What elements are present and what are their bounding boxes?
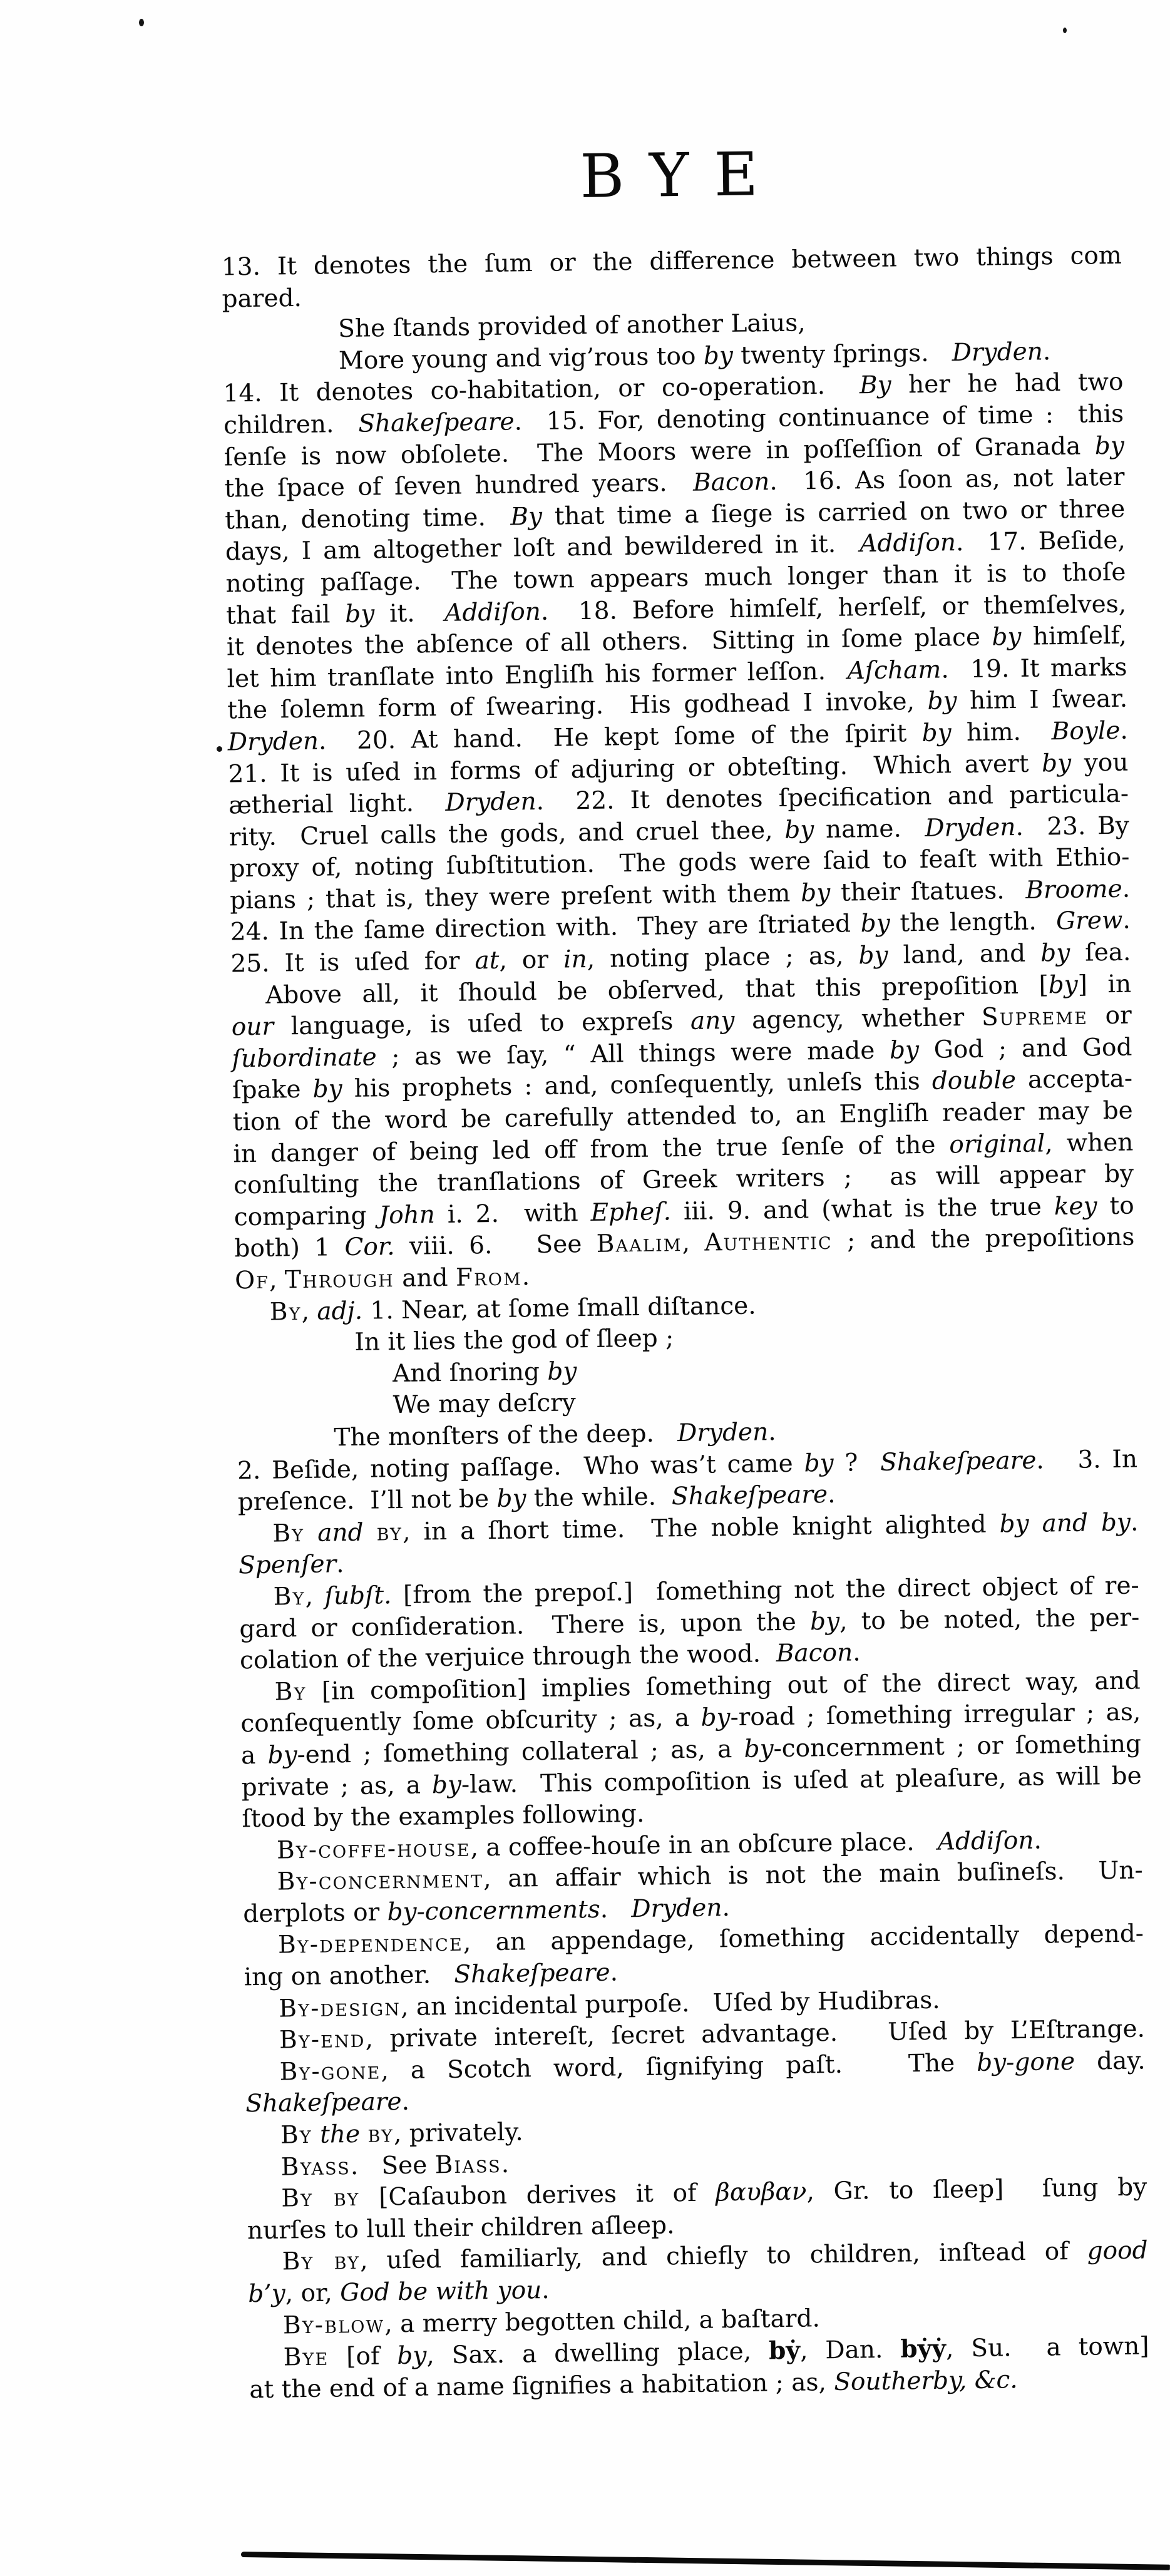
roman-text: .: [853, 1639, 861, 1667]
small-caps-text: By by: [282, 2247, 360, 2276]
roman-text: . 19. It marks: [941, 653, 1127, 684]
roman-text: than, denoting time.: [225, 503, 511, 535]
roman-text: [of: [329, 2342, 398, 2371]
italic-text: by: [267, 1741, 297, 1770]
italic-text: by: [496, 1485, 526, 1514]
small-caps-text: Supreme: [982, 1002, 1089, 1032]
text-column: B Y E 13. It denotes the ſum or the diff…: [220, 135, 1149, 2406]
roman-text: pared.: [222, 284, 302, 313]
italic-text: b’y: [248, 2279, 285, 2308]
roman-text: ,: [682, 1229, 704, 1257]
italic-text: by: [804, 1449, 834, 1477]
roman-text: .: [1131, 1508, 1139, 1536]
roman-text: day.: [1075, 2046, 1146, 2075]
italic-text: Grew: [1056, 906, 1123, 935]
italic-text: by: [744, 1735, 774, 1763]
roman-text: ſea.: [1070, 938, 1131, 967]
roman-text: i. 2. with: [435, 1199, 591, 1229]
roman-text: .: [1043, 337, 1051, 366]
running-head-title: B Y E: [220, 135, 1121, 216]
blackletter-text: bẏ: [769, 2336, 801, 2366]
italic-text: key: [1054, 1192, 1097, 1221]
italic-text: by: [1042, 749, 1072, 777]
roman-text: We may deſcry: [393, 1389, 576, 1420]
italic-text: by: [860, 910, 890, 938]
small-caps-text: By-end: [279, 2025, 366, 2055]
small-caps-text: By-dependence: [278, 1929, 463, 1959]
italic-text: Bacon: [776, 1639, 853, 1668]
italic-text: by: [704, 342, 734, 371]
italic-text: by: [1095, 431, 1125, 460]
roman-text: his prophets : and, conſequently, unleſs…: [342, 1067, 932, 1103]
italic-text: Bacon: [693, 468, 770, 497]
small-caps-text: By: [274, 1678, 306, 1706]
roman-text: -road ; ſomething irregular ; as,: [730, 1698, 1141, 1732]
italic-text: by: [810, 1607, 840, 1636]
italic-text: double: [932, 1066, 1017, 1096]
roman-text: nurſes to lull their children aſleep.: [247, 2211, 675, 2245]
small-caps-text: By: [280, 2121, 312, 2150]
italic-text: by-concernments: [387, 1896, 600, 1926]
italic-text: By: [860, 371, 891, 400]
roman-text: comparing: [234, 1201, 379, 1231]
small-caps-text: By-design: [279, 1993, 401, 2023]
italic-text: By: [510, 503, 542, 531]
roman-text: .: [600, 1895, 631, 1924]
roman-text: 25. It is uſed for: [230, 947, 475, 978]
italic-text: Shakeſpeare: [358, 408, 515, 438]
italic-text: our: [232, 1013, 274, 1042]
roman-text: [Caſaubon derives it of: [359, 2179, 716, 2212]
italic-text: in: [563, 945, 587, 973]
italic-text: original: [949, 1129, 1045, 1159]
roman-text: at the end of a name ſignifies a habitat…: [249, 2368, 834, 2404]
italic-text: βαυβαν: [716, 2178, 807, 2207]
roman-text: .: [336, 1551, 344, 1579]
roman-text: 2. Beſide, noting paſſage. Who was’t cam…: [237, 1449, 804, 1485]
italic-text: Dryden: [631, 1894, 722, 1923]
italic-text: Southerby, &c.: [834, 2366, 1018, 2396]
italic-text: Epheſ.: [590, 1198, 671, 1227]
roman-text: . See: [351, 2151, 435, 2180]
roman-text: it.: [374, 598, 445, 627]
small-caps-text: Bye: [283, 2343, 329, 2372]
italic-text: by: [397, 2342, 427, 2371]
roman-text: , or,: [285, 2279, 340, 2307]
roman-text: , Gr. to ſleep] ſung by: [806, 2173, 1147, 2206]
roman-text: accepta-: [1016, 1065, 1133, 1094]
roman-text: ing on another.: [244, 1961, 454, 1991]
roman-text: let him tranſlate into Engliſh his forme…: [227, 657, 848, 693]
small-caps-text: By by: [281, 2183, 360, 2213]
roman-text: The monſters of the deep.: [334, 1419, 677, 1452]
roman-text: More young and vig’rous too: [339, 342, 704, 375]
roman-text: , Su. a town]: [946, 2332, 1149, 2363]
roman-text: .: [722, 1894, 730, 1922]
italic-text: ſubordinate: [232, 1043, 377, 1073]
roman-text: .: [501, 2150, 509, 2178]
roman-text: . 20. At hand. He kept ſome of the ſpiri…: [319, 719, 922, 756]
italic-text: Dryden: [952, 337, 1043, 367]
roman-text: you: [1071, 748, 1129, 777]
roman-text: [312, 2121, 321, 2149]
roman-text: And ſnoring: [393, 1358, 548, 1388]
roman-text: . 16. As ſoon as, not later: [769, 463, 1125, 496]
roman-text: the while.: [526, 1482, 672, 1512]
roman-text: or: [1088, 1002, 1132, 1030]
small-caps-text: by: [367, 2120, 394, 2148]
italic-text: Broome: [1025, 875, 1122, 905]
italic-text: the: [320, 2120, 360, 2149]
roman-text: rity. Cruel calls the gods, and cruel th…: [229, 816, 785, 852]
roman-text: ; and the prepoſitions: [832, 1223, 1134, 1255]
italic-text: Boyle: [1051, 717, 1120, 746]
italic-text: Shakeſpeare: [672, 1480, 828, 1511]
roman-text: , Sax. a dwelling place,: [426, 2337, 769, 2370]
small-caps-text: Baalim: [596, 1229, 682, 1258]
italic-text: by: [784, 816, 814, 844]
small-caps-text: By-concernment: [277, 1865, 483, 1896]
small-caps-text: Through: [285, 1265, 394, 1294]
roman-text: .: [768, 1418, 776, 1446]
roman-text: both) 1: [234, 1234, 345, 1263]
italic-text: Addiſon: [938, 1826, 1034, 1855]
roman-text: .: [828, 1480, 836, 1509]
small-caps-text: By: [270, 1298, 302, 1326]
roman-text: ætherial light.: [228, 789, 446, 820]
small-caps-text: By: [273, 1583, 305, 1611]
roman-text: .: [1122, 875, 1130, 903]
italic-text: Addiſon: [444, 597, 541, 627]
small-caps-text: Authentic: [704, 1227, 833, 1257]
roman-text: 1. Near, at ſome ſmall diſtance.: [362, 1291, 756, 1325]
roman-text: , when: [1045, 1128, 1134, 1157]
small-caps-text: By-gone: [279, 2056, 381, 2086]
roman-text: .: [610, 1959, 618, 1987]
roman-text: him I ſwear.: [957, 685, 1127, 716]
roman-text: .: [1120, 717, 1128, 745]
roman-text: to: [1097, 1191, 1134, 1220]
italic-text: ſubſt.: [324, 1581, 392, 1610]
roman-text: their ſtatues.: [830, 876, 1026, 907]
italic-text: Shakeſpeare: [454, 1959, 610, 1989]
italic-text: God be with you: [340, 2276, 542, 2307]
roman-text: that time a ſiege is carried on two or t…: [542, 495, 1126, 530]
italic-text: by: [700, 1703, 731, 1732]
roman-text: , or: [499, 946, 563, 975]
roman-text: that fail: [226, 600, 346, 630]
roman-text: viii. 6. See: [394, 1230, 597, 1261]
italic-text: Aſcham: [847, 655, 941, 685]
italic-text: Dryden: [228, 727, 319, 756]
roman-text: twenty ſprings.: [733, 339, 953, 370]
italic-text: by: [858, 942, 888, 970]
roman-text: . 22. It denotes ſpecification and parti…: [536, 780, 1129, 816]
roman-text: preſence. I’ll not be: [237, 1485, 496, 1516]
roman-text: -end ; ſomething collateral ; as, a: [297, 1735, 744, 1769]
ink-speck: [139, 19, 144, 26]
roman-text: ſpake: [232, 1075, 313, 1105]
italic-text: by: [345, 600, 375, 629]
roman-text: , Dan.: [800, 2336, 901, 2365]
roman-text: .: [521, 1263, 530, 1291]
roman-text: 14. It denotes co-habitation, or co-oper…: [223, 372, 860, 408]
roman-text: ,: [305, 1583, 325, 1611]
small-caps-text: by: [376, 1518, 403, 1547]
roman-text: . 3. In: [1036, 1445, 1137, 1474]
small-caps-text: From: [456, 1263, 522, 1291]
roman-text: .: [1122, 906, 1131, 935]
roman-text: 24. In the ſame direction with. They are…: [230, 910, 861, 947]
ink-speck: [1063, 28, 1067, 33]
roman-text: God ; and God: [919, 1033, 1132, 1064]
roman-text: derplots or: [243, 1898, 387, 1928]
roman-text: . 15. For, denoting continuance of time …: [514, 400, 1124, 436]
roman-text: .: [1034, 1826, 1042, 1854]
italic-text: by: [312, 1075, 342, 1104]
small-caps-text: By-coffe-house: [277, 1834, 471, 1864]
italic-text: by: [547, 1357, 577, 1386]
small-caps-text: Of: [235, 1266, 270, 1295]
ink-speck: [217, 746, 222, 752]
roman-text: [304, 1519, 318, 1547]
italic-text: Addiſon: [860, 529, 956, 558]
roman-text: private ; as, a: [241, 1771, 432, 1802]
roman-text: ,: [269, 1266, 285, 1294]
italic-text: Dryden: [677, 1418, 769, 1447]
italic-text: by: [1048, 970, 1078, 999]
italic-text: good: [1087, 2237, 1147, 2266]
roman-text: the ſpace of ſeven hundred years.: [224, 469, 693, 503]
italic-text: Spenſer: [239, 1551, 337, 1580]
italic-text: by: [890, 1036, 920, 1065]
roman-text: She ſtands provided of another Laius,: [338, 309, 806, 344]
roman-text: ; as we ſay, “ All things were made: [376, 1037, 890, 1072]
roman-text: , a coffee-houſe in an obſcure place.: [470, 1827, 938, 1862]
roman-text: himſelf,: [1021, 622, 1127, 651]
italic-text: by and by: [999, 1508, 1131, 1538]
roman-text: her he had two: [891, 368, 1123, 399]
italic-text: Cor.: [344, 1233, 395, 1261]
roman-text: , a merry begotten child, a baſtard.: [384, 2304, 820, 2338]
roman-text: name.: [814, 814, 925, 844]
roman-text: land, and: [888, 940, 1040, 970]
small-caps-text: By: [272, 1519, 304, 1548]
roman-text: In it lies the god of ſleep ;: [354, 1324, 674, 1357]
scanned-dictionary-page: B Y E 13. It denotes the ſum or the diff…: [0, 0, 1170, 2576]
roman-text: , noting place ; as,: [587, 942, 858, 973]
small-caps-text: Biass: [434, 2150, 501, 2179]
italic-text: at: [475, 947, 500, 975]
roman-text: , to be noted, the per-: [839, 1603, 1140, 1635]
roman-text: iii. 9. and (what is the true: [671, 1193, 1054, 1226]
small-caps-text: Byass: [280, 2152, 351, 2181]
roman-text: pians ; that is, they were preſent with …: [230, 879, 801, 915]
italic-text: any: [690, 1007, 735, 1035]
roman-text: , in a ſhort time. The noble knight alig…: [403, 1510, 1000, 1546]
roman-text: , an incidental purpoſe. Uſed by Hudibra…: [401, 1986, 940, 2021]
small-caps-text: By-blow: [283, 2310, 385, 2339]
roman-text: and: [394, 1264, 456, 1293]
italic-text: by: [992, 623, 1022, 652]
italic-text: John: [379, 1201, 435, 1229]
roman-text: -concernment ; or ſomething: [773, 1730, 1141, 1763]
roman-text: ſtood by the examples following.: [242, 1800, 645, 1833]
roman-text: days, I am altogether loſt and bewildere…: [225, 530, 860, 567]
roman-text: .: [401, 2088, 409, 2116]
roman-text: [363, 1518, 377, 1546]
roman-text: . 23. By: [1015, 811, 1129, 841]
roman-text: language, is uſed to expreſs: [274, 1007, 690, 1041]
roman-text: , an affair which is not the main buſine…: [483, 1857, 1143, 1894]
bottom-rule: [241, 2552, 1170, 2570]
italic-text: by: [801, 879, 831, 908]
roman-text: agency, whether: [734, 1003, 982, 1035]
roman-text: , a Scotch word, ſignifying paſt. The: [381, 2049, 977, 2085]
roman-text: .: [541, 2276, 550, 2304]
roman-text: the length.: [890, 908, 1056, 938]
italic-text: Dryden: [925, 813, 1016, 843]
italic-text: adj.: [317, 1296, 362, 1325]
roman-text: , privately.: [394, 2118, 523, 2148]
roman-text: ] in: [1077, 970, 1131, 998]
roman-text: colation of the verjuice through the woo…: [240, 1640, 776, 1675]
italic-text: by: [432, 1770, 462, 1799]
roman-text: ?: [833, 1449, 880, 1477]
roman-text: him.: [951, 717, 1052, 747]
italic-text: Dryden: [445, 788, 536, 817]
italic-text: by: [927, 687, 957, 716]
roman-text: conſequently ſome obſcurity ; as, a: [240, 1704, 701, 1738]
blackletter-text: bẏẏ: [900, 2334, 946, 2364]
roman-text: gard or conſideration. There is, upon th…: [239, 1608, 810, 1643]
italic-text: by-gone: [977, 2048, 1075, 2077]
roman-text: ,: [301, 1297, 317, 1325]
italic-text: Shakeſpeare: [245, 2088, 402, 2118]
italic-text: by: [1040, 939, 1070, 968]
italic-text: Shakeſpeare: [880, 1446, 1037, 1476]
italic-text: and: [317, 1519, 364, 1547]
roman-text: . 17. Beſide,: [956, 526, 1126, 557]
italic-text: by: [921, 719, 952, 747]
roman-text: children.: [223, 410, 359, 440]
roman-text: a: [241, 1742, 268, 1770]
roman-text: . 18. Before himſelf, herſelf, or themſe…: [541, 590, 1127, 625]
